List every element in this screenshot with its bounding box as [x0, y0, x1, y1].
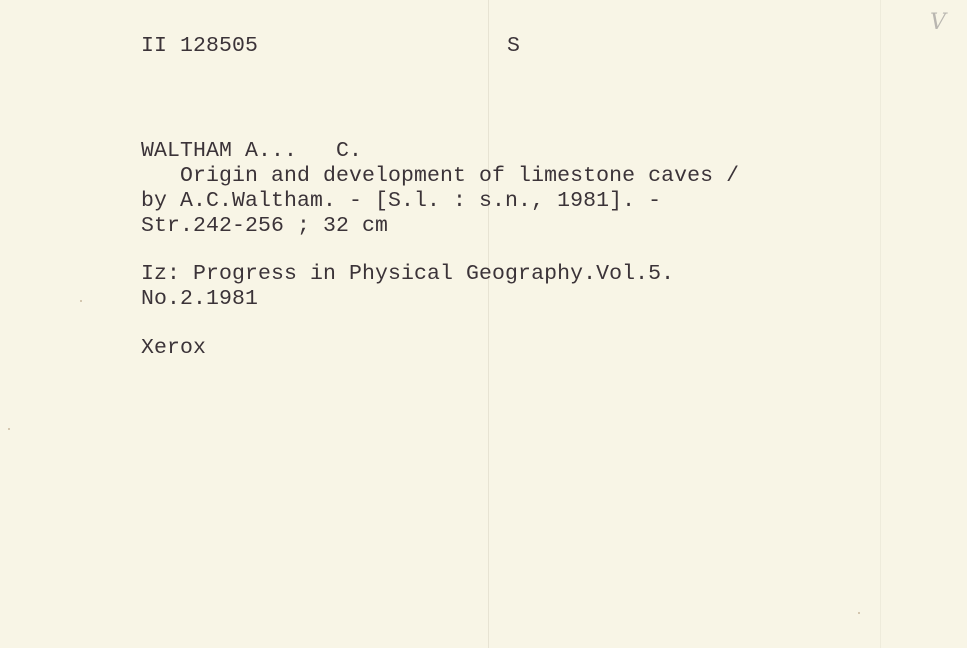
physical-description: Str.242-256 ; 32 cm: [141, 214, 388, 239]
paper-speck: [80, 300, 82, 302]
paper-speck: [8, 428, 10, 430]
paper-fold-line: [880, 0, 881, 648]
source-note-issue: No.2.1981: [141, 287, 258, 312]
call-number: II 128505: [141, 34, 258, 59]
format-note: Xerox: [141, 336, 206, 361]
author-heading: WALTHAM A... C.: [141, 139, 362, 164]
imprint: by A.C.Waltham. - [S.l. : s.n., 1981]. -: [141, 189, 661, 214]
source-note: Iz: Progress in Physical Geography.Vol.5…: [141, 262, 674, 287]
catalog-card: II 128505 S V WALTHAM A... C. Origin and…: [0, 0, 967, 648]
title-statement: Origin and development of limestone cave…: [141, 164, 739, 189]
paper-speck: [858, 612, 860, 614]
section-mark: S: [507, 34, 520, 59]
check-mark-icon: V: [930, 10, 946, 35]
paper-fold-line: [488, 0, 489, 648]
